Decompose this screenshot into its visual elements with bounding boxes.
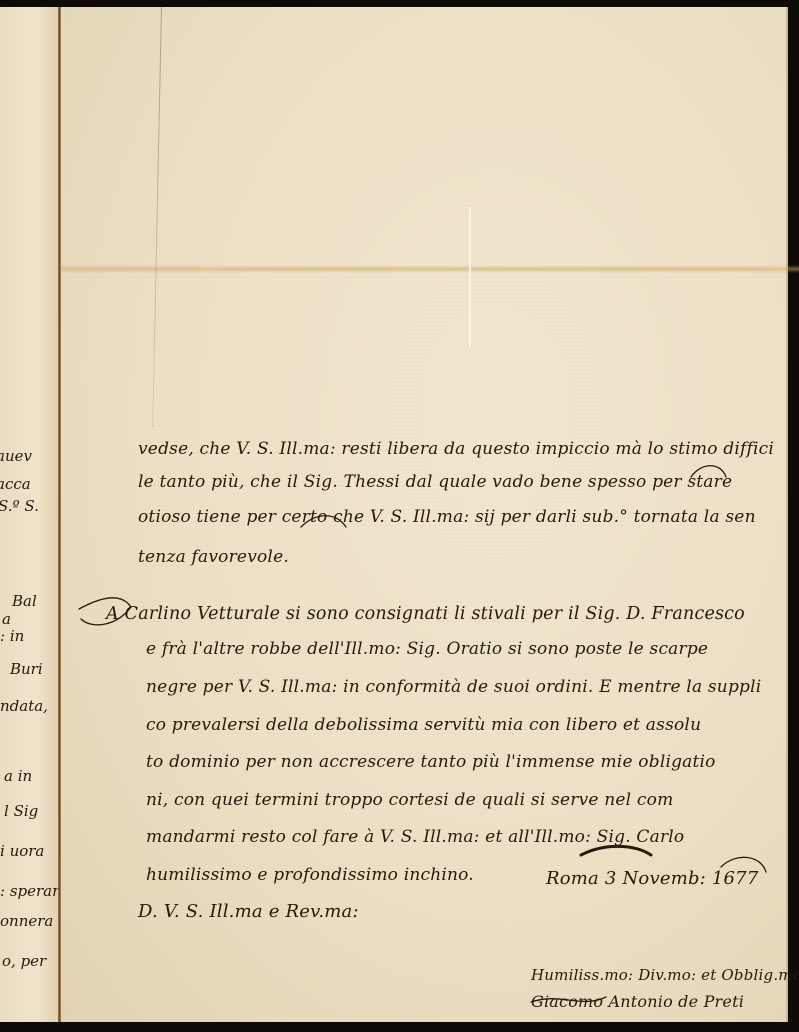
horizontal-fold-line [61, 265, 799, 273]
signature-closing: Humiliss.mo: Div.mo: et Obblig.mo Ser.re [531, 965, 799, 985]
text-line: to dominio per non accrescere tanto più … [146, 752, 716, 772]
margin-fragment: : in [0, 627, 24, 645]
margin-fragment: a in [4, 767, 32, 785]
text-line: A Carlino Vetturale si sono consignati l… [106, 604, 745, 624]
margin-fragment: i uora [0, 842, 44, 860]
paper-crease [469, 207, 471, 347]
text-line: mandarmi resto col fare à V. S. Ill.ma: … [146, 827, 684, 847]
text-line: co prevalersi della debolissima servitù … [146, 715, 701, 735]
text-line: le tanto più, che il Sig. Thessi dal qua… [138, 472, 732, 492]
adjacent-page-left: auev acca S.º S. Bal a : in Buri ndata, … [0, 7, 60, 1022]
margin-fragment: auev [0, 447, 32, 465]
text-line: tenza favorevole. [138, 547, 289, 567]
text-line: ni, con quei termini troppo cortesi de q… [146, 790, 673, 810]
text-line: otioso tiene per certo che V. S. Ill.ma:… [138, 507, 756, 527]
paper-crease [152, 7, 162, 427]
margin-fragment: l Sig [4, 802, 38, 820]
date-place: Roma 3 Novemb: 1677 [546, 869, 758, 889]
text-line: e frà l'altre robbe dell'Ill.mo: Sig. Or… [146, 639, 708, 659]
text-line: vedse, che V. S. Ill.ma: resti libera da… [138, 439, 774, 459]
margin-fragment: acca [0, 475, 31, 493]
signature-name: Giacomo Antonio de Preti [531, 992, 744, 1012]
margin-fragment: : speran [0, 882, 62, 900]
manuscript-scan: auev acca S.º S. Bal a : in Buri ndata, … [0, 0, 799, 1032]
text-line: humilissimo e profondissimo inchino. [146, 865, 474, 885]
margin-fragment: o, per [2, 952, 46, 970]
margin-fragment: Buri [10, 660, 43, 678]
addressee-closing: D. V. S. Ill.ma e Rev.ma: [138, 902, 359, 922]
margin-fragment: ndata, [0, 697, 48, 715]
margin-fragment: a [2, 610, 11, 628]
letter-page: vedse, che V. S. Ill.ma: resti libera da… [61, 7, 788, 1022]
text-line: negre per V. S. Ill.ma: in conformità de… [146, 677, 761, 697]
margin-fragment: Bal [12, 592, 37, 610]
margin-fragment: onnera [0, 912, 53, 930]
margin-fragment: S.º S. [0, 497, 39, 515]
